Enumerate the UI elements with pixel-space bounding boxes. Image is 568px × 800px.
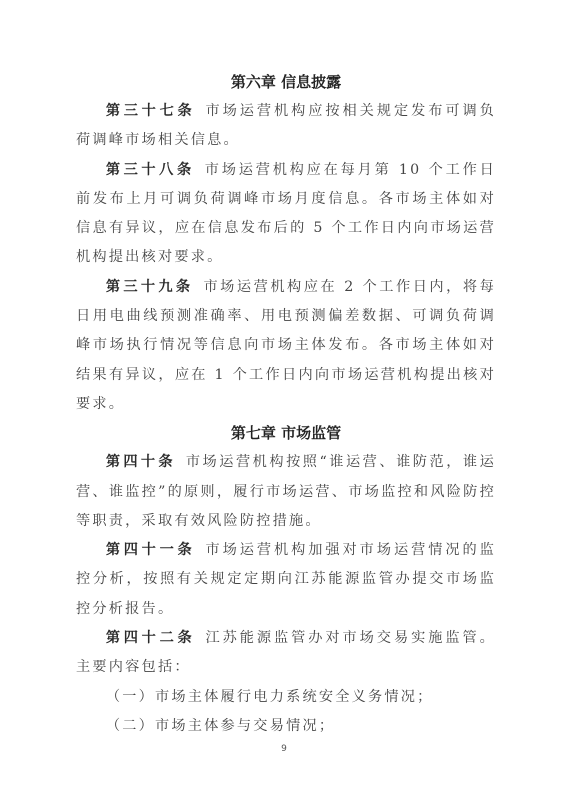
article-39: 第三十九条市场运营机构应在 2 个工作日内，将每日用电曲线预测准确率、用电预测偏… bbox=[76, 273, 496, 419]
chapter-heading-7: 第七章 市场监管 bbox=[76, 419, 496, 448]
page-number: 9 bbox=[0, 744, 568, 754]
article-label: 第四十条 bbox=[106, 454, 176, 470]
article-41: 第四十一条市场运营机构加强对市场运营情况的监控分析，按照有关规定定期向江苏能源监… bbox=[76, 536, 496, 624]
article-label: 第三十八条 bbox=[106, 162, 195, 178]
list-item: （二）市场主体参与交易情况； bbox=[76, 712, 496, 741]
article-label: 第四十二条 bbox=[106, 630, 196, 646]
article-38: 第三十八条市场运营机构应在每月第 10 个工作日前发布上月可调负荷调峰市场月度信… bbox=[76, 156, 496, 273]
page-content: 第六章 信息披露 第三十七条市场运营机构应按相关规定发布可调负荷调峰市场相关信息… bbox=[76, 68, 496, 741]
article-label: 第三十七条 bbox=[106, 103, 196, 119]
article-40: 第四十条市场运营机构按照“谁运营、谁防范，谁运营、谁监控”的原则，履行市场运营、… bbox=[76, 448, 496, 536]
list-item: （一）市场主体履行电力系统安全义务情况； bbox=[76, 683, 496, 712]
article-label: 第三十九条 bbox=[106, 279, 194, 295]
article-text: 市场运营机构应在 2 个工作日内，将每日用电曲线预测准确率、用电预测偏差数据、可… bbox=[76, 279, 496, 412]
article-37: 第三十七条市场运营机构应按相关规定发布可调负荷调峰市场相关信息。 bbox=[76, 97, 496, 156]
article-label: 第四十一条 bbox=[106, 542, 196, 558]
document-page: 第六章 信息披露 第三十七条市场运营机构应按相关规定发布可调负荷调峰市场相关信息… bbox=[0, 0, 568, 800]
chapter-heading-6: 第六章 信息披露 bbox=[76, 68, 496, 97]
article-42: 第四十二条江苏能源监管办对市场交易实施监管。主要内容包括： bbox=[76, 624, 496, 683]
